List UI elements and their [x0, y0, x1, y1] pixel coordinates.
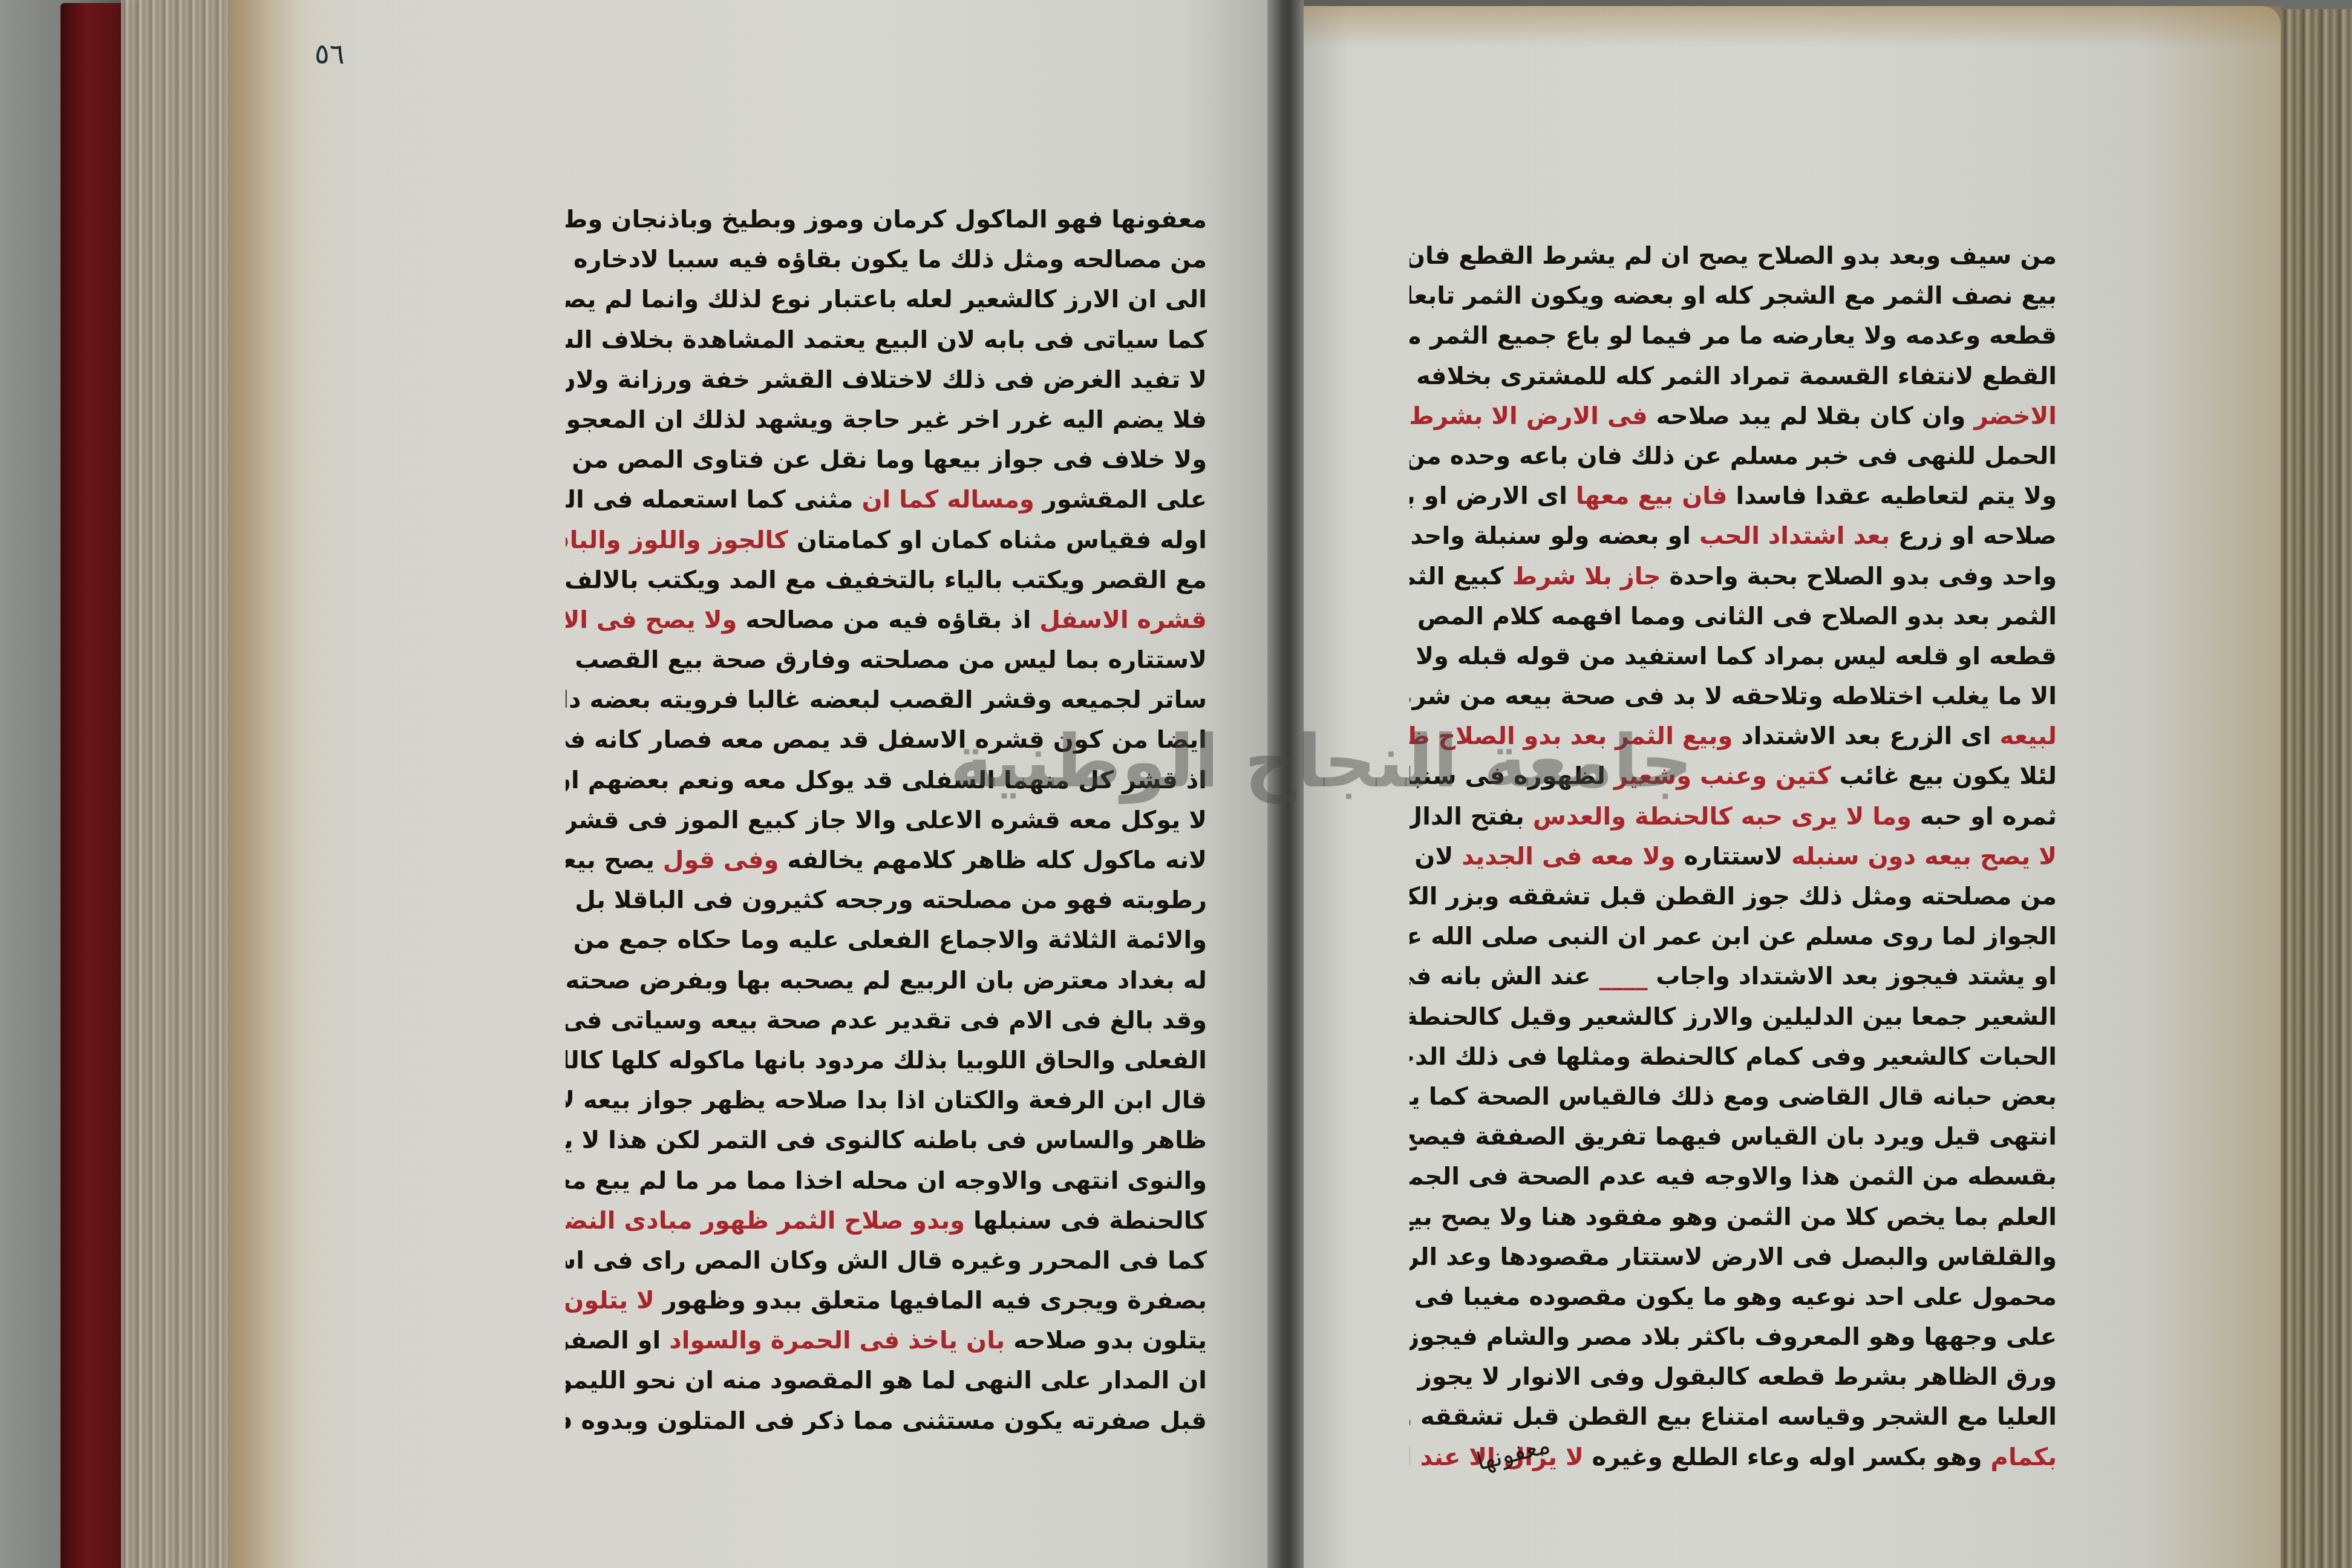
body-text: من سيف وبعد بدو الصلاح يصح ان لم يشرط ال…: [1410, 242, 2057, 270]
body-text: العليا مع الشجر وقياسه امتناع بيع القطن …: [1410, 1403, 2057, 1431]
body-text: انتهى قيل ويرد بان القياس فيهما تفريق ال…: [1410, 1123, 2057, 1151]
body-text: معفونها فهو الماكول كرمان وموز وبطيخ وبا…: [566, 206, 1207, 234]
rubric-text: ولا معه فى الجديد: [1453, 843, 1675, 871]
rubric-text: بعد اشتداد الحب: [1691, 522, 1890, 550]
body-text: لان المقصود مستتر بما ليس: [1410, 843, 1453, 871]
left-page-text-block: معفونها فهو الماكول كرمان وموز وبطيخ وبا…: [566, 200, 1207, 1441]
body-text: من مصالحه ومثل ذلك ما يكون بقاؤه فيه سبب…: [566, 246, 1207, 273]
manuscript-line: لا يوكل معه قشره الاعلى والا جاز كبيع ال…: [566, 800, 1207, 840]
rubric-text: لا يتلون وفى غيره: [566, 1287, 655, 1315]
manuscript-line: بعض حبانه قال القاضى ومع ذلك فالقياس الص…: [1410, 1077, 2057, 1117]
rubric-text: ومساله كما ان: [854, 486, 1034, 514]
body-text: الثمر بعد بدو الصلاح فى الثانى ومما افهم…: [1410, 603, 2057, 630]
manuscript-line: صلاحه او زرع بعد اشتداد الحب او بعضه ولو…: [1410, 516, 2057, 556]
manuscript-line: قبل صفرته يكون مستثنى مما ذكر فى المتلون…: [566, 1401, 1207, 1441]
body-text: الجواز لما روى مسلم عن ابن عمر ان النبى …: [1410, 923, 2057, 950]
body-text: او يشتد فيجوز بعد الاشتداد واجاب: [1647, 962, 2057, 990]
manuscript-line: رطوبته فهو من مصلحته ورجحه كثيرون فى الب…: [566, 880, 1207, 920]
right-page-top-stain: [1301, 6, 2281, 48]
body-text: ظاهر والساس فى باطنه كالنوى فى التمر لكن…: [566, 1126, 1207, 1154]
body-text: اى الارض او بيع وحده بقل بعد بدو: [1410, 482, 1567, 510]
rubric-text: كالجوز واللوز والباقلا: [566, 526, 788, 554]
manuscript-line: الاخضر وان كان بقلا لم يبد صلاحه فى الار…: [1410, 396, 2057, 436]
body-text: قال ابن الرفعة والكتان اذا بدا صلاحه يظه…: [566, 1086, 1207, 1114]
body-text: العلم بما يخص كلا من الثمن وهو مفقود هنا…: [1410, 1203, 2057, 1231]
rubric-text: قشره الاسفل: [1031, 606, 1207, 634]
manuscript-line: لا تفيد الغرض فى ذلك لاختلاف القشر خفة و…: [566, 360, 1207, 400]
body-text: من مصلحته ومثل ذلك جوز القطن قبل تشققه و…: [1410, 883, 2057, 910]
manuscript-line: كالحنطة فى سنبلها وبدو صلاح الثمر ظهور م…: [566, 1201, 1207, 1241]
rubric-text: بان ياخذ فى الحمرة والسواد: [661, 1327, 1005, 1354]
manuscript-line: من مصلحته ومثل ذلك جوز القطن قبل تشققه و…: [1410, 877, 2057, 916]
manuscript-line: فلا يضم اليه غرر اخر غير حاجة ويشهد لذلك…: [566, 400, 1207, 440]
body-text: ورق الظاهر بشرط قطعه كالبقول وفى الانوار…: [1410, 1363, 2057, 1391]
body-text: مع القصر ويكتب بالياء بالتخفيف مع المد و…: [566, 566, 1207, 594]
right-page-text-block: من سيف وبعد بدو الصلاح يصح ان لم يشرط ال…: [1410, 236, 2057, 1477]
manuscript-line: من سيف وبعد بدو الصلاح يصح ان لم يشرط ال…: [1410, 236, 2057, 276]
body-text: على المقشور: [1034, 486, 1207, 514]
rubric-text: وما لا يرى حبه كالحنطة والعدس: [1524, 803, 1912, 831]
body-text: الحمل للنهى فى خبر مسلم عن ذلك فان باعه …: [1410, 442, 2057, 470]
body-text: لا يوكل معه قشره الاعلى والا جاز كبيع ال…: [566, 806, 1207, 834]
body-text: ثمره او حبه: [1912, 803, 2057, 831]
right-page-stack-edges: [2281, 9, 2352, 1568]
body-text: لاستتاره: [1676, 843, 1783, 871]
rubric-text: فى الارض الا بشرط قطعه: [1410, 402, 1648, 430]
manuscript-line: ظاهر والساس فى باطنه كالنوى فى التمر لكن…: [566, 1120, 1207, 1160]
body-text: بيع نصف الثمر مع الشجر كله او بعضه ويكون…: [1410, 282, 2057, 310]
rubric-text: بكمام: [1982, 1443, 2057, 1471]
folio-number: ٥٦: [315, 38, 344, 70]
body-text: او بعضه ولو سنبلة واحدة كما فى الثمار بل…: [1410, 522, 1691, 550]
body-text: اوله فقياس مثناه كمان او كمامتان: [788, 526, 1207, 554]
body-text: يتلون بدو صلاحه: [1005, 1327, 1207, 1354]
manuscript-line: لاستتاره بما ليس من مصلحته وفارق صحة بيع…: [566, 640, 1207, 680]
manuscript-line: وقد بالغ فى الام فى تقدير عدم صحة بيعه و…: [566, 1001, 1207, 1040]
manuscript-line: كما سياتى فى بابه لان البيع يعتمد المشاه…: [566, 320, 1207, 360]
body-text: على وجهها وهو المعروف باكثر بلاد مصر وال…: [1410, 1323, 2057, 1351]
rubric-text: فان بيع معها: [1567, 482, 1728, 510]
body-text: يصح بيعه فى الاعلى: [566, 846, 655, 874]
body-text: رطوبته فهو من مصلحته ورجحه كثيرون فى الب…: [566, 886, 1207, 914]
body-text: فلا يضم اليه غرر اخر غير حاجة ويشهد لذلك…: [566, 406, 1207, 434]
manuscript-line: ان المدار على النهى لما هو المقصود منه ا…: [566, 1361, 1207, 1400]
manuscript-line: محمول على احد نوعيه وهو ما يكون مقصوده م…: [1410, 1277, 2057, 1317]
body-text: بعض حبانه قال القاضى ومع ذلك فالقياس الص…: [1410, 1083, 2057, 1111]
manuscript-line: على وجهها وهو المعروف باكثر بلاد مصر وال…: [1410, 1317, 2057, 1357]
body-text: عند الش بانه فى سنبل: [1410, 962, 1591, 990]
manuscript-line: يتلون بدو صلاحه بان ياخذ فى الحمرة والسو…: [566, 1321, 1207, 1361]
body-text: بقسطه من الثمن هذا والاوجه فيه عدم الصحة…: [1410, 1163, 2057, 1191]
library-watermark: جامعة النجاح الوطنية: [950, 720, 1693, 804]
body-text: لاستتاره بما ليس من مصلحته وفارق صحة بيع…: [566, 646, 1207, 674]
manuscript-line: ولا خلاف فى جواز بيعها وما نقل عن فتاوى …: [566, 440, 1207, 480]
manuscript-line: بصفرة ويجرى فيه المافيها متعلق ببدو وظهو…: [566, 1281, 1207, 1321]
body-text: مثنى كما استعمله فى المفرد مجازا اذ موجع…: [566, 486, 854, 514]
rubric-text: ____: [1591, 962, 1648, 990]
manuscript-line: الا ما يغلب اختلاطه وتلاحقه لا بد فى صحة…: [1410, 676, 2057, 716]
manuscript-line: لانه ماكول كله ظاهر كلامهم يخالفه وفى قو…: [566, 840, 1207, 880]
body-text: وقد بالغ فى الام فى تقدير عدم صحة بيعه و…: [566, 1007, 1207, 1034]
rubric-text: جاز بلا شرط: [1504, 563, 1661, 590]
body-text: القطع لانتفاء القسمة تمراد الثمر كله للم…: [1410, 362, 2057, 390]
body-text: وهو بكسر اوله وعاء الطلع وغيره: [1584, 1443, 1982, 1471]
manuscript-line: الثمر بعد بدو الصلاح فى الثانى ومما افهم…: [1410, 596, 2057, 636]
manuscript-line: الفعلى والحاق اللوبيا بذلك مردود بانها م…: [566, 1040, 1207, 1080]
body-text: والنوى انتهى والاوجه ان محله اخذا مما مر…: [566, 1167, 1207, 1195]
body-text: قبل صفرته يكون مستثنى مما ذكر فى المتلون…: [566, 1407, 1207, 1435]
manuscript-line: والائمة الثلاثة والاجماع الفعلى عليه وما…: [566, 920, 1207, 960]
body-text: ان المدار على النهى لما هو المقصود منه ا…: [566, 1367, 1207, 1394]
body-text: الفعلى والحاق اللوبيا بذلك مردود بانها م…: [566, 1047, 1207, 1074]
body-text: كالحنطة فى سنبلها: [965, 1207, 1207, 1235]
manuscript-line: قطعه او قلعه ليس بمراد كما استفيد من قول…: [1410, 636, 2057, 676]
manuscript-line: القطع لانتفاء القسمة تمراد الثمر كله للم…: [1410, 356, 2057, 396]
body-text: وان كان بقلا لم يبد صلاحه: [1648, 402, 1966, 430]
manuscript-line: العلم بما يخص كلا من الثمن وهو مفقود هنا…: [1410, 1197, 2057, 1237]
body-text: قطعه وعدمه ولا يعارضه ما مر فيما لو باع …: [1410, 322, 2057, 350]
body-text: الى ان الارز كالشعير لعله باعتبار نوع لذ…: [566, 286, 1207, 313]
body-text: بصفرة ويجرى فيه المافيها متعلق ببدو وظهو…: [655, 1287, 1207, 1315]
manuscript-line: له بغداد معترض بان الربيع لم يصحبه بها و…: [566, 961, 1207, 1001]
manuscript-line: قال ابن الرفعة والكتان اذا بدا صلاحه يظه…: [566, 1080, 1207, 1120]
body-text: ولا يتم لتعاطيه عقدا فاسدا: [1728, 482, 2057, 510]
manuscript-line: قشره الاسفل اذ بقاؤه فيه من مصالحه ولا ي…: [566, 600, 1207, 640]
manuscript-line: الحمل للنهى فى خبر مسلم عن ذلك فان باعه …: [1410, 436, 2057, 476]
manuscript-line: والنوى انتهى والاوجه ان محله اخذا مما مر…: [566, 1161, 1207, 1201]
body-text: لا تفيد الغرض فى ذلك لاختلاف القشر خفة و…: [566, 366, 1207, 394]
manuscript-line: العليا مع الشجر وقياسه امتناع بيع القطن …: [1410, 1397, 2057, 1437]
manuscript-line: من مصالحه ومثل ذلك ما يكون بقاؤه فيه سبب…: [566, 240, 1207, 279]
body-text: والقلقاس والبصل فى الارض لاستتار مقصودها…: [1410, 1243, 2057, 1271]
rubric-text: لا يصح بيعه دون سنبله: [1783, 843, 2057, 871]
rubric-text: وبدو صلاح الثمر ظهور مبادى النضج والحلاو…: [566, 1207, 965, 1235]
body-text: الشعير جمعا بين الدليلين والارز كالشعير …: [1410, 1003, 2057, 1031]
manuscript-line: قطعه وعدمه ولا يعارضه ما مر فيما لو باع …: [1410, 316, 2057, 356]
manuscript-line: الشعير جمعا بين الدليلين والارز كالشعير …: [1410, 997, 2057, 1037]
body-text: لئلا يكون بيع غائب: [1831, 762, 2057, 790]
rubric-text: وفى قول: [655, 846, 779, 874]
body-text: الحبات كالشعير وفى كمام كالحنطة ومثلها ف…: [1410, 1043, 2057, 1071]
manuscript-line: ساتر لجميعه وقشر القصب لبعضه غالبا فرويت…: [566, 680, 1207, 720]
manuscript-line: او يشتد فيجوز بعد الاشتداد واجاب ____ عن…: [1410, 956, 2057, 996]
manuscript-line: ورق الظاهر بشرط قطعه كالبقول وفى الانوار…: [1410, 1357, 2057, 1397]
manuscript-line: معفونها فهو الماكول كرمان وموز وبطيخ وبا…: [566, 200, 1207, 240]
body-text: او الصفرة ويجوز من تقرير كلامهم: [566, 1327, 661, 1354]
manuscript-line: لا يصح بيعه دون سنبله لاستتاره ولا معه ف…: [1410, 837, 2057, 877]
left-page-stack-edges: [121, 0, 242, 1568]
manuscript-line: الجواز لما روى مسلم عن ابن عمر ان النبى …: [1410, 916, 2057, 956]
manuscript-line: ولا يتم لتعاطيه عقدا فاسدا فان بيع معها …: [1410, 476, 2057, 516]
body-text: واحد وفى بدو الصلاح بحبة واحدة: [1661, 563, 2057, 590]
body-text: قطعه او قلعه ليس بمراد كما استفيد من قول…: [1410, 642, 2057, 670]
body-text: له بغداد معترض بان الربيع لم يصحبه بها و…: [566, 967, 1207, 995]
body-text: كبيع الثمر مع الشجر فى الاول وكبيع: [1410, 563, 1504, 590]
manuscript-line: اوله فقياس مثناه كمان او كمامتان كالجوز …: [566, 520, 1207, 560]
manuscript-line: واحد وفى بدو الصلاح بحبة واحدة جاز بلا ش…: [1410, 557, 2057, 596]
body-text: اذ بقاؤه فيه من مصالحه: [737, 606, 1031, 634]
manuscript-line: انتهى قيل ويرد بان القياس فيهما تفريق ال…: [1410, 1117, 2057, 1157]
body-text: ساتر لجميعه وقشر القصب لبعضه غالبا فرويت…: [566, 686, 1207, 714]
manuscript-line: بقسطه من الثمن هذا والاوجه فيه عدم الصحة…: [1410, 1157, 2057, 1197]
body-text: لانه ماكول كله ظاهر كلامهم يخالفه: [779, 846, 1207, 874]
body-text: اى الزرع بعد الاشتداد: [1733, 722, 1991, 750]
rubric-text: ولا يصح فى الاعلى: [566, 606, 737, 634]
manuscript-line: والقلقاس والبصل فى الارض لاستتار مقصودها…: [1410, 1237, 2057, 1277]
rubric-text: لبيعه: [1991, 722, 2057, 750]
body-text: ولا خلاف فى جواز بيعها وما نقل عن فتاوى …: [566, 446, 1207, 474]
manuscript-line: الى ان الارز كالشعير لعله باعتبار نوع لذ…: [566, 279, 1207, 319]
manuscript-line: كما فى المحرر وغيره قال الش وكان المص را…: [566, 1241, 1207, 1281]
rubric-text: الاخضر: [1965, 402, 2057, 430]
body-text: بفتح الدال والسمسم: [1410, 803, 1524, 831]
body-text: الا ما يغلب اختلاطه وتلاحقه لا بد فى صحة…: [1410, 682, 2057, 710]
body-text: كما سياتى فى بابه لان البيع يعتمد المشاه…: [566, 326, 1207, 354]
body-text: صلاحه او زرع: [1890, 522, 2057, 550]
manuscript-line: بيع نصف الثمر مع الشجر كله او بعضه ويكون…: [1410, 276, 2057, 316]
left-page-water-stain: [230, 0, 302, 1568]
manuscript-line: الحبات كالشعير وفى كمام كالحنطة ومثلها ف…: [1410, 1037, 2057, 1077]
body-text: كما فى المحرر وغيره قال الش وكان المص را…: [566, 1247, 1207, 1275]
manuscript-line: مع القصر ويكتب بالياء بالتخفيف مع المد و…: [566, 560, 1207, 600]
manuscript-line: على المقشور ومساله كما ان مثنى كما استعم…: [566, 480, 1207, 520]
body-text: محمول على احد نوعيه وهو ما يكون مقصوده م…: [1410, 1283, 2057, 1311]
body-text: والائمة الثلاثة والاجماع الفعلى عليه وما…: [566, 926, 1207, 954]
